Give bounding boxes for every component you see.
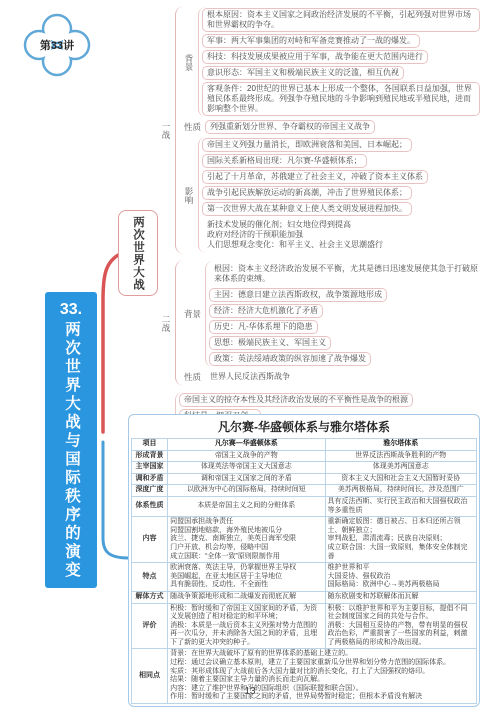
table-row: 特点 欧洲衰落、英法主导，仍掌握世界主导权 美国崛起，在亚太地区居于主导地位 具…: [132, 563, 477, 592]
table-row: 内容 同盟国承担战争责任 同盟国割地赔款，海外殖民地被瓜分 波兰、捷克、南斯独立…: [132, 517, 477, 563]
table-row: 评价 积极：暂时缓和了帝国主义国家间的矛盾，为资义发展创造了相对稳定的和平环境；…: [132, 603, 477, 649]
mindmap-node: 意识形态：军国主义和极端民族主义的泛滥，相互仇视: [202, 66, 404, 80]
table-row: 深度广度 以欧洲为中心的国际格局，持续时间短 美苏两极格局，持续时间长，涉及范围…: [132, 485, 477, 497]
chapter-title: 33. 两次世界大战与国际秩序的演变: [45, 292, 97, 588]
mindmap-node: 帝国主义的掠夺本性及其经济政治发展的不平衡性是战争的根源: [179, 393, 413, 407]
cell-yalta: 积极：以维护世界和平为主要目标，提倡不同社会制度国家之间的共处与合作。 消极：大…: [325, 603, 476, 649]
cell-versailles: 本质是帝国主义之间的分赃体系: [168, 496, 325, 516]
chapter-title-text: 两次世界大战与国际秩序的演变: [60, 321, 82, 580]
cell-versailles: 欧洲衰落、英法主导，仍掌握世界主导权 美国崛起，在亚太地区居于主导地位 具有脆弱…: [168, 563, 325, 592]
mindmap-node: 经济：经济大危机激化了矛盾: [209, 304, 323, 318]
mindmap-node: 军事：两大军事集团的对峙和军备竞赛推动了一战的爆发。: [202, 34, 420, 48]
table-row: 形成背景 帝国主义战争的产物 世界反法西斯战争胜利的产物: [132, 450, 477, 462]
cell-yalta: 重新确定版图：德日被占、日本归还所占领土、朝鲜独立； 审判战犯，肃清流毒；民族自…: [325, 517, 476, 563]
ww1-nature-group: 性质 列强重新划分世界、争夺霸权的帝国主义战争: [180, 119, 480, 135]
cell-versailles: 同盟国承担战争责任 同盟国割地赔款，海外殖民地被瓜分 波兰、捷克、南斯独立，美英…: [168, 517, 325, 563]
cell-versailles: 以欧洲为中心的国际格局，持续时间短: [168, 485, 325, 497]
mindmap-node: 列强重新划分世界、争夺霸权的帝国主义战争: [205, 120, 375, 134]
mindmap-node: 战争引起民族解放运动的新高潮，冲击了世界殖民体系；: [202, 186, 412, 200]
ww1-background-group: 背景 根本原因：资本主义国家之间政治经济发展的不平衡，引起列强对世界市场和世界霸…: [180, 7, 480, 117]
table-row: 解体方式 随战争策源地形成和二战爆发而彻底瓦解 随东欧剧变和苏联解体而瓦解: [132, 591, 477, 603]
page: 第33讲 33. 两次世界大战与国际秩序的演变 两次世界大战 一战 背景 根本原…: [0, 0, 500, 707]
cell-yalta: 体现美苏两国意志: [325, 462, 476, 474]
row-label: 解体方式: [132, 591, 168, 603]
ww2-background-items: 根因：资本主义经济政治发展不平衡，尤其是德日迅速发展使其急于打破原来体系的束缚。…: [205, 261, 487, 367]
col-header-yalta: 雅尔塔体系: [325, 439, 476, 451]
mindmap-root: 两次世界大战: [118, 210, 158, 296]
ww1-background-label: 背景: [183, 54, 195, 71]
mindmap-node: 政策：英法绥靖政策的纵容加速了战争爆发: [209, 352, 371, 366]
branch-ww2-label: 二战: [160, 315, 172, 332]
cell-yalta: 资本主义大国和社会主义大国暂时妥协: [325, 473, 476, 485]
table-header-row: 项目 凡尔赛—华盛顿体系 雅尔塔体系: [132, 439, 477, 451]
cell-yalta: 维护世界和平 大国妥协、强权政治 国际格局：欧洲中心→美苏两极格局: [325, 563, 476, 592]
ww2-nature-label: 性质: [184, 371, 201, 383]
ww1-impact-group: 影响 帝国主义列强力量消长，即欧洲衰落和美国、日本崛起； 国际关系新格局出现：凡…: [180, 137, 480, 253]
cell-versailles: 积极：暂时缓和了帝国主义国家间的矛盾，为资义发展创造了相对稳定的和平环境； 消极…: [168, 603, 325, 649]
table-row: 体系性质 本质是帝国主义之间的分赃体系 具有反法西斯、实行民主政治和大国强权政治…: [132, 496, 477, 516]
comparison-grid: 项目 凡尔赛—华盛顿体系 雅尔塔体系 形成背景 帝国主义战争的产物 世界反法西斯…: [131, 438, 477, 704]
branch-ww2-groups: 背景 根因：资本主义经济政治发展不平衡，尤其是德日迅速发展使其急于打破原来体系的…: [175, 260, 487, 386]
mindmap-node: 科技：科技发展成果被应用于军事，战争能在更大范围内进行: [202, 50, 428, 64]
mindmap-node: 帝国主义列强力量消长，即欧洲衰落和美国、日本崛起；: [202, 138, 412, 152]
mindmap-node: 根因：资本主义经济政治发展不平衡，尤其是德日迅速发展使其急于打破原来体系的束缚。: [209, 262, 487, 286]
mindmap-node: 世界人民反法西斯战争: [205, 370, 295, 384]
row-label: 主宰国家: [132, 462, 168, 474]
cell-versailles: 体现英法等帝国主义大国意志: [168, 462, 325, 474]
ww2-nature-group: 性质 世界人民反法西斯战争: [180, 369, 487, 385]
mindmap-tree: 一战 背景 根本原因：资本主义国家之间政治经济发展的不平衡，引起列强对世界市场和…: [157, 6, 500, 472]
mindmap-node: 主因：德意日建立法西斯政权，战争策源地形成: [209, 288, 387, 302]
ww1-background-items: 根本原因：资本主义国家之间政治经济发展的不平衡，引起列强对世界市场和世界霸权的争…: [198, 7, 480, 117]
branch-ww1-label: 一战: [160, 122, 172, 139]
branch-ww2: 二战 背景 根因：资本主义经济政治发展不平衡，尤其是德日迅速发展使其急于打破原来…: [157, 260, 500, 386]
table-row: 调和矛盾 调和帝国主义国家之间的矛盾 资本主义大国和社会主义大国暂时妥协: [132, 473, 477, 485]
lecture-badge: 第33讲: [22, 12, 92, 78]
cell-yalta: 世界反法西斯战争胜利的产物: [325, 450, 476, 462]
branch-ww1-groups: 背景 根本原因：资本主义国家之间政治经济发展的不平衡，引起列强对世界市场和世界霸…: [175, 6, 480, 254]
cell-versailles: 随战争策源地形成和二战爆发而彻底瓦解: [168, 591, 325, 603]
branch-ww1: 一战 背景 根本原因：资本主义国家之间政治经济发展的不平衡，引起列强对世界市场和…: [157, 6, 500, 254]
row-label: 内容: [132, 517, 168, 563]
cell-yalta: 美苏两极格局，持续时间长，涉及范围广: [325, 485, 476, 497]
row-label: 调和矛盾: [132, 473, 168, 485]
ww1-nature-label: 性质: [184, 121, 201, 133]
page-number: 13: [0, 686, 500, 697]
mindmap-root-label: 两次世界大战: [130, 216, 146, 291]
cell-yalta: 具有反法西斯、实行民主政治和大国强权政治等多重性质: [325, 496, 476, 516]
col-header-item: 项目: [132, 439, 168, 451]
table-title: 凡尔赛-华盛顿体系与雅尔塔体系: [131, 416, 477, 438]
mindmap-node: 客观条件：20世纪的世界已基本上形成一个整体，各国联系日益加强，世界殖民体系最终…: [202, 82, 480, 116]
row-label: 形成背景: [132, 450, 168, 462]
mindmap-node: 第一次世界大战在某种意义上使人类文明发展进程加快。: [202, 202, 412, 216]
mindmap-node: 思想：极端民族主义、军国主义: [209, 336, 331, 350]
ww1-impact-items: 帝国主义列强力量消长，即欧洲衰落和美国、日本崛起； 国际关系新格局出现：凡尔赛-…: [198, 137, 428, 253]
row-label: 特点: [132, 563, 168, 592]
table-row: 主宰国家 体现英法等帝国主义大国意志 体现美苏两国意志: [132, 462, 477, 474]
cell-yalta: 随东欧剧变和苏联解体而瓦解: [325, 591, 476, 603]
blue-connector: [103, 442, 129, 558]
row-label: 评价: [132, 603, 168, 649]
mindmap-node: 根本原因：资本主义国家之间政治经济发展的不平衡，引起列强对世界市场和世界霸权的争…: [202, 8, 480, 32]
row-label: 深度广度: [132, 485, 168, 497]
col-header-versailles: 凡尔赛—华盛顿体系: [168, 439, 325, 451]
mindmap-node: 国际关系新格局出现：凡尔赛-华盛顿体系；: [202, 154, 367, 168]
comparison-table: 凡尔赛-华盛顿体系与雅尔塔体系 项目 凡尔赛—华盛顿体系 雅尔塔体系 形成背景 …: [128, 414, 480, 707]
cell-versailles: 调和帝国主义国家之间的矛盾: [168, 473, 325, 485]
lecture-badge-label: 第33讲: [22, 12, 92, 78]
mindmap-node: 引起了十月革命，苏俄建立了社会主义，冲破了资本主义体系: [202, 170, 428, 184]
row-label: 体系性质: [132, 496, 168, 516]
ww2-background-group: 背景 根因：资本主义经济政治发展不平衡，尤其是德日迅速发展使其急于打破原来体系的…: [180, 261, 487, 367]
cell-versailles: 帝国主义战争的产物: [168, 450, 325, 462]
mindmap-node: 历史：凡-华体系埋下的隐患: [209, 320, 318, 334]
ww1-impact-label: 影响: [183, 187, 195, 204]
mindmap-node: 新技术发展的催化剂；妇女地位得到提高 政府对经济的干预职能加强 人们思想观念变化…: [202, 218, 388, 252]
ww2-background-label: 背景: [184, 308, 201, 320]
chapter-number: 33.: [60, 301, 82, 319]
